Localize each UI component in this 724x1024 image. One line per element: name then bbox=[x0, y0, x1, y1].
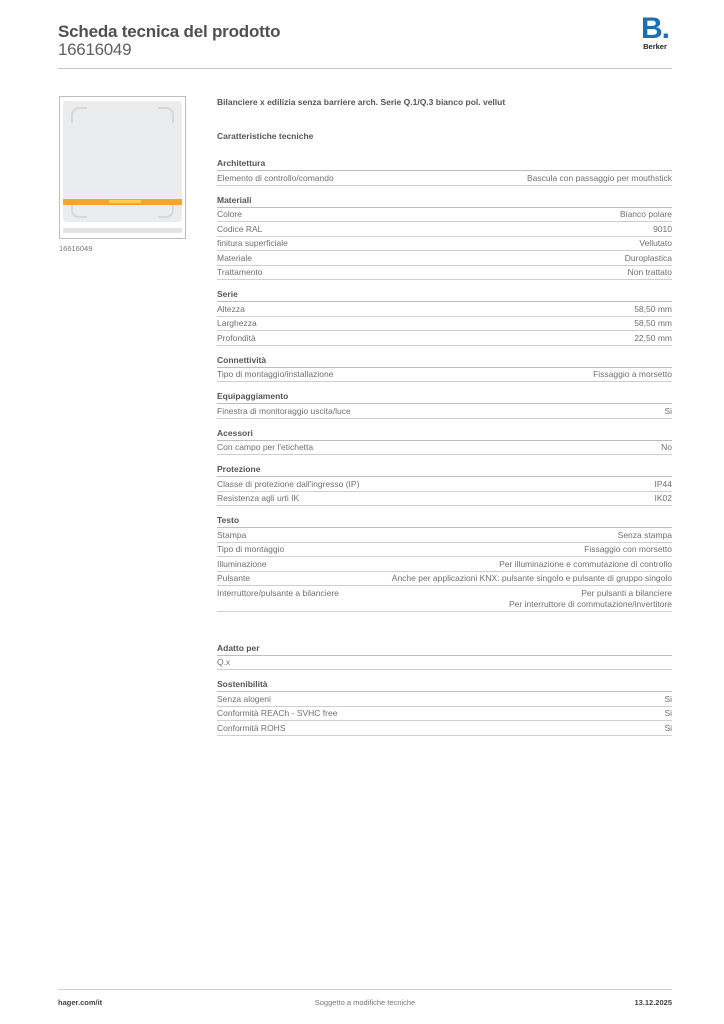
spec-label: finitura superficiale bbox=[217, 238, 288, 249]
spec-row: Conformità REACh - SVHC freeSi bbox=[217, 707, 672, 722]
spec-row: Classe di protezione dall'ingresso (IP)I… bbox=[217, 477, 672, 492]
spec-group: ProtezioneClasse di protezione dall'ingr… bbox=[217, 463, 672, 506]
spec-row: Profondità22,50 mm bbox=[217, 331, 672, 346]
plate-corner bbox=[71, 107, 87, 123]
spec-group-title: Equipaggiamento bbox=[217, 390, 672, 404]
plate-corner bbox=[158, 107, 174, 123]
spec-value: Anche per applicazioni KNX: pulsante sin… bbox=[372, 573, 672, 584]
rocker-switch-illustration bbox=[63, 101, 182, 222]
spec-value: Fissaggio con morsetto bbox=[564, 544, 672, 555]
spec-value: 22,50 mm bbox=[614, 333, 672, 344]
spec-content: Bilanciere x edilizia senza barriere arc… bbox=[217, 96, 672, 736]
header-divider bbox=[58, 68, 672, 69]
spec-label: Elemento di controllo/comando bbox=[217, 173, 334, 184]
spec-label: Finestra di monitoraggio uscita/luce bbox=[217, 406, 351, 417]
spec-group: EquipaggiamentoFinestra di monitoraggio … bbox=[217, 390, 672, 419]
spec-label: Profondità bbox=[217, 333, 256, 344]
spec-value-line: Vellutato bbox=[639, 238, 672, 249]
product-code: 16616049 bbox=[58, 40, 131, 60]
section-heading: Caratteristiche tecniche bbox=[217, 130, 672, 142]
spec-value-line: No bbox=[661, 442, 672, 453]
spec-value-line: Per interruttore di commutazione/inverti… bbox=[509, 599, 672, 610]
spec-value-line: Per pulsanti a bilanciere bbox=[509, 588, 672, 599]
spec-value-line: Fissaggio con morsetto bbox=[584, 544, 672, 555]
spec-value-line: Bianco polare bbox=[620, 209, 672, 220]
spec-group: TestoStampaSenza stampaTipo di montaggio… bbox=[217, 514, 672, 612]
spec-group-title: Sostenibilità bbox=[217, 678, 672, 692]
spec-value-line: 22,50 mm bbox=[634, 333, 672, 344]
spec-label: Codice RAL bbox=[217, 224, 262, 235]
spec-value: Si bbox=[644, 406, 672, 417]
light-strip bbox=[63, 199, 182, 205]
spec-value-line: Non trattato bbox=[628, 267, 672, 278]
spec-row: Elemento di controllo/comandoBascula con… bbox=[217, 171, 672, 186]
spec-row: IlluminazionePer illuminazione e commuta… bbox=[217, 557, 672, 572]
logo-mark: B. bbox=[638, 16, 672, 42]
spec-value: 9010 bbox=[633, 224, 672, 235]
spec-label: Larghezza bbox=[217, 318, 257, 329]
spec-value-line: 58,50 mm bbox=[634, 304, 672, 315]
logo-letter: B bbox=[641, 12, 662, 45]
spec-groups: ArchitetturaElemento di controllo/comand… bbox=[217, 157, 672, 736]
spec-value: Senza stampa bbox=[598, 530, 672, 541]
page-header: Scheda tecnica del prodotto 16616049 B. … bbox=[58, 20, 672, 70]
spec-row: Interruttore/pulsante a bilancierePer pu… bbox=[217, 586, 672, 612]
spec-value: IP44 bbox=[635, 479, 673, 490]
spec-row: Senza alogeniSi bbox=[217, 692, 672, 707]
spec-value: IK02 bbox=[635, 493, 673, 504]
spec-value-line: Fissaggio a morsetto bbox=[593, 369, 672, 380]
spec-row: Altezza58,50 mm bbox=[217, 302, 672, 317]
spec-row: StampaSenza stampa bbox=[217, 528, 672, 543]
spec-row: Conformità ROHSSi bbox=[217, 721, 672, 736]
spec-value: Si bbox=[644, 708, 672, 719]
spec-label: Classe di protezione dall'ingresso (IP) bbox=[217, 479, 359, 490]
spec-value-line: Senza stampa bbox=[618, 530, 672, 541]
spec-label: Pulsante bbox=[217, 573, 250, 584]
light-strip-glow bbox=[109, 200, 141, 203]
spec-group-title: Architettura bbox=[217, 157, 672, 171]
footer-notice: Soggetto a modifiche tecniche bbox=[58, 998, 672, 1007]
spec-value: 58,50 mm bbox=[614, 318, 672, 329]
footer-divider bbox=[58, 989, 672, 990]
spec-value-line: Si bbox=[664, 694, 672, 705]
spec-label: Con campo per l'etichetta bbox=[217, 442, 313, 453]
spec-row: Tipo di montaggioFissaggio con morsetto bbox=[217, 543, 672, 558]
spec-row: MaterialeDuroplastica bbox=[217, 251, 672, 266]
spec-value: Bascula con passaggio per mouthstick bbox=[507, 173, 672, 184]
spec-row: Con campo per l'etichettaNo bbox=[217, 441, 672, 456]
spec-label: Resistenza agli urti IK bbox=[217, 493, 299, 504]
spec-row: finitura superficialeVellutato bbox=[217, 237, 672, 252]
spec-label: Conformità ROHS bbox=[217, 723, 286, 734]
spec-value-line: Per illuminazione e commutazione di cont… bbox=[499, 559, 672, 570]
spec-value-line: IP44 bbox=[655, 479, 673, 490]
footer-date: 13.12.2025 bbox=[634, 998, 672, 1007]
spec-label: Senza alogeni bbox=[217, 694, 271, 705]
spec-row: TrattamentoNon trattato bbox=[217, 266, 672, 281]
spec-label: Illuminazione bbox=[217, 559, 267, 570]
spec-group-title: Protezione bbox=[217, 463, 672, 477]
spec-group: ArchitetturaElemento di controllo/comand… bbox=[217, 157, 672, 186]
spec-group: ConnettivitàTipo di montaggio/installazi… bbox=[217, 354, 672, 383]
spec-value-line: Si bbox=[664, 723, 672, 734]
spec-value-line: 9010 bbox=[653, 224, 672, 235]
document-title: Scheda tecnica del prodotto bbox=[58, 22, 280, 42]
spec-value: No bbox=[641, 442, 672, 453]
spec-group: MaterialiColoreBianco polareCodice RAL90… bbox=[217, 194, 672, 281]
spec-value-line: Bascula con passaggio per mouthstick bbox=[527, 173, 672, 184]
spec-group-title: Serie bbox=[217, 288, 672, 302]
spec-group-title: Adatto per bbox=[217, 642, 672, 656]
spec-value: Vellutato bbox=[619, 238, 672, 249]
spec-row: Finestra di monitoraggio uscita/luceSi bbox=[217, 404, 672, 419]
berker-logo: B. Berker bbox=[638, 16, 672, 52]
spec-value-line: IK02 bbox=[655, 493, 673, 504]
logo-brand-name: Berker bbox=[638, 42, 672, 51]
spec-group: Adatto perQ.x bbox=[217, 642, 672, 671]
spec-value-line: Duroplastica bbox=[625, 253, 672, 264]
spec-value: Per pulsanti a bilancierePer interruttor… bbox=[489, 588, 672, 610]
spec-value-line: Si bbox=[664, 708, 672, 719]
spec-value-line: Anche per applicazioni KNX: pulsante sin… bbox=[392, 573, 672, 584]
spec-value-line: Si bbox=[664, 406, 672, 417]
spec-group: SerieAltezza58,50 mmLarghezza58,50 mmPro… bbox=[217, 288, 672, 346]
spec-label: Interruttore/pulsante a bilanciere bbox=[217, 588, 339, 610]
spec-row: PulsanteAnche per applicazioni KNX: puls… bbox=[217, 572, 672, 587]
spec-label: Trattamento bbox=[217, 267, 263, 278]
spec-value: Non trattato bbox=[608, 267, 672, 278]
spec-value: Si bbox=[644, 723, 672, 734]
spec-label: Conformità REACh - SVHC free bbox=[217, 708, 337, 719]
spec-value bbox=[652, 657, 672, 668]
spec-label: Materiale bbox=[217, 253, 252, 264]
spec-value: Duroplastica bbox=[605, 253, 672, 264]
spec-label: Q.x bbox=[217, 657, 230, 668]
spec-value-line: 58,50 mm bbox=[634, 318, 672, 329]
image-caption: 16616049 bbox=[59, 244, 92, 253]
spec-label: Colore bbox=[217, 209, 242, 220]
spec-row: Q.x bbox=[217, 656, 672, 671]
spec-group-title: Materiali bbox=[217, 194, 672, 208]
spec-value: Bianco polare bbox=[600, 209, 672, 220]
spec-value: Si bbox=[644, 694, 672, 705]
logo-dot: . bbox=[662, 12, 669, 45]
spec-value: 58,50 mm bbox=[614, 304, 672, 315]
spec-row: Codice RAL9010 bbox=[217, 222, 672, 237]
spec-row: Tipo di montaggio/installazioneFissaggio… bbox=[217, 368, 672, 383]
spec-group-title: Acessori bbox=[217, 427, 672, 441]
spec-group: SostenibilitàSenza alogeniSiConformità R… bbox=[217, 678, 672, 736]
spec-group: AcessoriCon campo per l'etichettaNo bbox=[217, 427, 672, 456]
spec-value: Per illuminazione e commutazione di cont… bbox=[479, 559, 672, 570]
spec-row: Larghezza58,50 mm bbox=[217, 317, 672, 332]
spec-group-title: Testo bbox=[217, 514, 672, 528]
spec-label: Tipo di montaggio/installazione bbox=[217, 369, 333, 380]
spec-group-title: Connettività bbox=[217, 354, 672, 368]
spec-label: Tipo di montaggio bbox=[217, 544, 284, 555]
spec-row: ColoreBianco polare bbox=[217, 208, 672, 223]
spec-row: Resistenza agli urti IKIK02 bbox=[217, 492, 672, 507]
spec-value: Fissaggio a morsetto bbox=[573, 369, 672, 380]
spec-label: Altezza bbox=[217, 304, 245, 315]
spec-label: Stampa bbox=[217, 530, 246, 541]
label-field-bar bbox=[63, 228, 182, 233]
product-image bbox=[59, 96, 186, 239]
product-description: Bilanciere x edilizia senza barriere arc… bbox=[217, 96, 672, 108]
